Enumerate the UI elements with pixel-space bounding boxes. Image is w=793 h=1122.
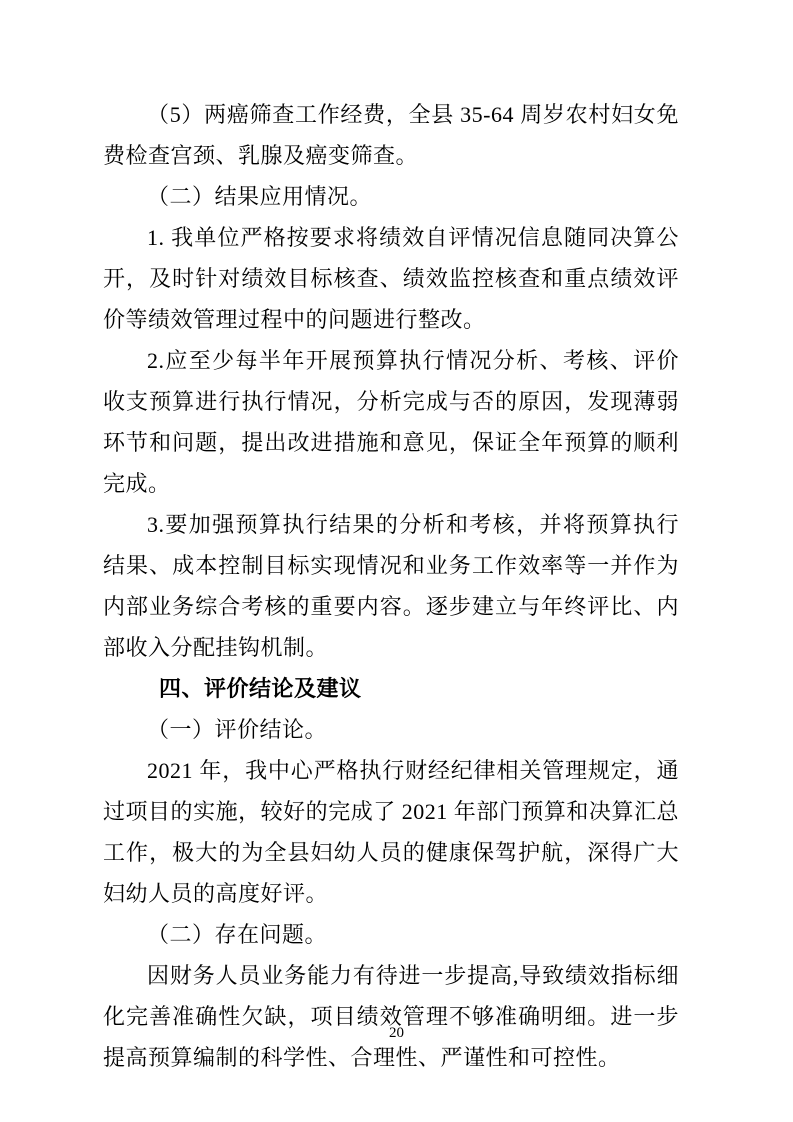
section-heading: 四、评价结论及建议 [103,668,679,709]
paragraph: 1. 我单位严格按要求将绩效自评情况信息随同决算公开，及时针对绩效目标核查、绩效… [103,217,679,340]
paragraph: （二）存在问题。 [103,914,679,955]
paragraph: （一）评价结论。 [103,709,679,750]
paragraph: 2021 年，我中心严格执行财经纪律相关管理规定，通过项目的实施，较好的完成了 … [103,750,679,914]
page-number: 20 [0,1022,793,1044]
paragraph: （二）结果应用情况。 [103,176,679,217]
document-body: （5）两癌筛查工作经费，全县 35-64 周岁农村妇女免费检查宫颈、乳腺及癌变筛… [103,94,679,1078]
paragraph: 2.应至少每半年开展预算执行情况分析、考核、评价收支预算进行执行情况，分析完成与… [103,340,679,504]
paragraph: （5）两癌筛查工作经费，全县 35-64 周岁农村妇女免费检查宫颈、乳腺及癌变筛… [103,94,679,176]
document-page: （5）两癌筛查工作经费，全县 35-64 周岁农村妇女免费检查宫颈、乳腺及癌变筛… [0,0,793,1122]
paragraph: 因财务人员业务能力有待进一步提高,导致绩效指标细化完善准确性欠缺，项目绩效管理不… [103,955,679,1078]
paragraph: 3.要加强预算执行结果的分析和考核，并将预算执行结果、成本控制目标实现情况和业务… [103,504,679,668]
